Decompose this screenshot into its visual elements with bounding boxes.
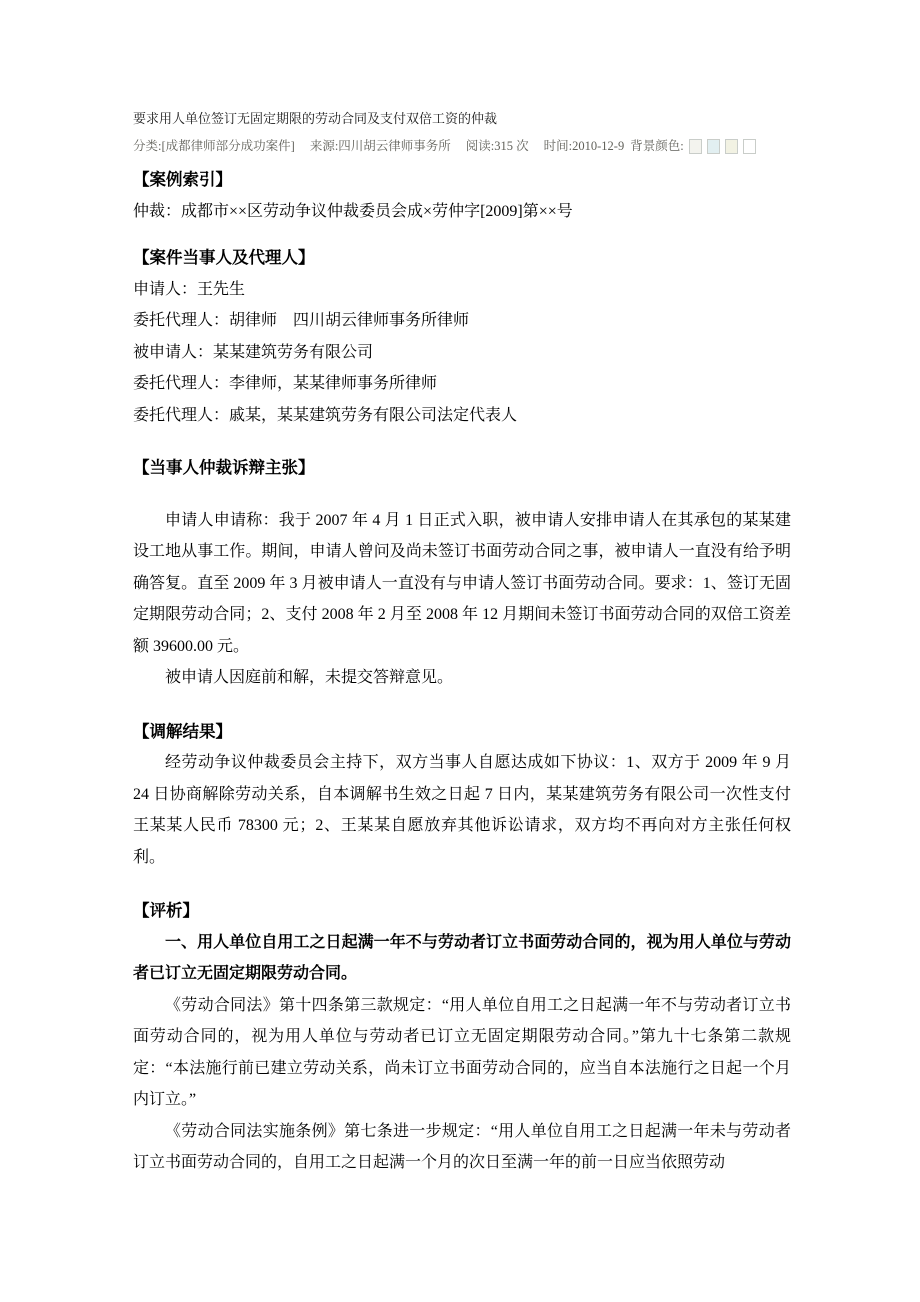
meta-bg-color-label: 背景颜色: xyxy=(630,138,683,155)
section-heading-claims: 【当事人仲裁诉辩主张】 xyxy=(133,452,791,484)
meta-views: 阅读:315 次 xyxy=(466,138,529,155)
section-heading-analysis: 【评析】 xyxy=(133,895,791,927)
bg-color-swatch[interactable] xyxy=(725,139,738,154)
section-heading-case-index: 【案例索引】 xyxy=(133,164,791,196)
analysis-point-1: 一、用人单位自用工之日起满一年不与劳动者订立书面劳动合同的，视为用人单位与劳动者… xyxy=(133,927,791,990)
claims-paragraph-2: 被申请人因庭前和解，未提交答辩意见。 xyxy=(133,662,791,694)
party-line-applicant: 申请人：王先生 xyxy=(133,274,791,306)
bg-color-swatch[interactable] xyxy=(707,139,720,154)
doc-title: 要求用人单位签订无固定期限的劳动合同及支付双倍工资的仲裁 xyxy=(133,110,791,127)
claims-paragraph-1: 申请人申请称：我于 2007 年 4 月 1 日正式入职，被申请人安排申请人在其… xyxy=(133,505,791,663)
bg-color-swatch[interactable] xyxy=(689,139,702,154)
mediation-paragraph: 经劳动争议仲裁委员会主持下，双方当事人自愿达成如下协议：1、双方于 2009 年… xyxy=(133,747,791,873)
analysis-paragraph-1: 《劳动合同法》第十四条第三款规定：“用人单位自用工之日起满一年不与劳动者订立书面… xyxy=(133,990,791,1116)
meta-source: 来源:四川胡云律师事务所 xyxy=(310,138,451,155)
document-page: 要求用人单位签订无固定期限的劳动合同及支付双倍工资的仲裁 分类:[成都律师部分成… xyxy=(0,0,920,1302)
meta-category[interactable]: 分类:[成都律师部分成功案件] xyxy=(133,138,295,155)
party-line-respondent: 被申请人：某某建筑劳务有限公司 xyxy=(133,337,791,369)
bg-color-swatch[interactable] xyxy=(743,139,756,154)
section-heading-mediation: 【调解结果】 xyxy=(133,716,791,748)
party-line-agent-2: 委托代理人：李律师，某某律师事务所律师 xyxy=(133,368,791,400)
meta-time: 时间:2010-12-9 xyxy=(544,138,625,155)
party-line-agent-1: 委托代理人：胡律师 四川胡云律师事务所律师 xyxy=(133,305,791,337)
party-line-agent-3: 委托代理人：戚某，某某建筑劳务有限公司法定代表人 xyxy=(133,400,791,432)
case-index-body: 仲裁：成都市××区劳动争议仲裁委员会成×劳仲字[2009]第××号 xyxy=(133,196,791,228)
meta-bar: 分类:[成都律师部分成功案件] 来源:四川胡云律师事务所 阅读:315 次 时间… xyxy=(133,138,791,155)
analysis-paragraph-2: 《劳动合同法实施条例》第七条进一步规定：“用人单位自用工之日起满一年未与劳动者订… xyxy=(133,1116,791,1179)
section-heading-parties: 【案件当事人及代理人】 xyxy=(133,242,791,274)
